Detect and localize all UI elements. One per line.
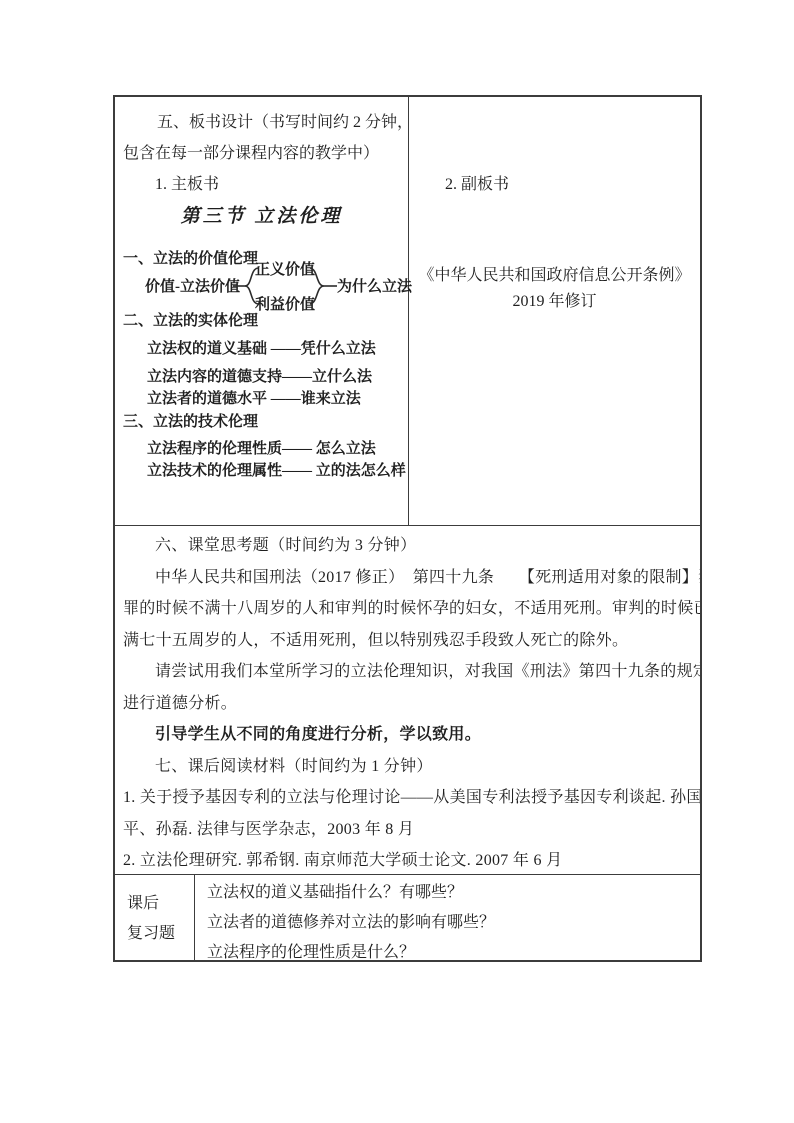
document-page: 五、板书设计（书写时间约 2 分钟， 包含在每一部分课程内容的教学中） 1. 主… xyxy=(0,0,794,1123)
board-section2-item: 立法内容的道德支持——立什么法 xyxy=(147,365,372,386)
main-board-label: 1. 主板书 xyxy=(155,171,219,194)
main-board-title: 第三节 立法伦理 xyxy=(115,201,408,228)
review-question: 立法者的道德修养对立法的影响有哪些？ xyxy=(207,908,700,938)
value-fork-diagram: 价值-立法价值 正义价值 利益价值 为什么立法 xyxy=(145,255,415,317)
regulation-reference-subtitle: 2019 年修订 xyxy=(409,288,700,311)
criminal-law-text: 罪的时候不满十八周岁的人和审判的时候怀孕的妇女，不适用死刑。审判的时候已 xyxy=(123,593,692,625)
board-design-row: 五、板书设计（书写时间约 2 分钟， 包含在每一部分课程内容的教学中） 1. 主… xyxy=(115,97,700,525)
fork-brace-lines-icon xyxy=(230,255,342,317)
board-design-heading-line1: 五、板书设计（书写时间约 2 分钟， xyxy=(157,109,413,132)
review-question: 立法程序的伦理性质是什么？ xyxy=(207,938,700,968)
secondary-board-label: 2. 副板书 xyxy=(445,171,509,194)
reading-item: 2. 立法伦理研究. 郭希钢. 南京师范大学硕士论文. 2007 年 6 月 xyxy=(123,845,692,874)
discussion-prompt: 进行道德分析。 xyxy=(123,688,692,720)
regulation-reference-title: 《中华人民共和国政府信息公开条例》 xyxy=(409,262,700,285)
teaching-guidance-note: 引导学生从不同的角度进行分析，学以致用。 xyxy=(123,719,692,751)
reading-item: 平、孙磊. 法律与医学杂志，2003 年 8 月 xyxy=(123,814,692,846)
criminal-law-text: 满七十五周岁的人，不适用死刑，但以特别残忍手段致人死亡的除外。 xyxy=(123,625,692,657)
review-row-label: 课后 复习题 xyxy=(115,875,195,960)
fork-left-label: 价值-立法价值 xyxy=(145,275,240,296)
reading-material-heading: 七、课后阅读材料（时间约为 1 分钟） xyxy=(123,751,692,783)
lesson-plan-table: 五、板书设计（书写时间约 2 分钟， 包含在每一部分课程内容的教学中） 1. 主… xyxy=(113,95,702,962)
board-design-heading-line2: 包含在每一部分课程内容的教学中） xyxy=(123,140,379,163)
board-section2-item: 立法者的道德水平 ——谁来立法 xyxy=(147,387,361,408)
board-section2-heading: 二、立法的实体伦理 xyxy=(123,309,258,330)
review-row: 课后 复习题 立法权的道义基础指什么？有哪些？ 立法者的道德修养对立法的影响有哪… xyxy=(115,874,700,960)
board-section3-item: 立法技术的伦理属性—— 立的法怎么样 xyxy=(147,459,406,480)
main-board-cell: 五、板书设计（书写时间约 2 分钟， 包含在每一部分课程内容的教学中） 1. 主… xyxy=(115,97,409,525)
discussion-prompt: 请尝试用我们本堂所学习的立法伦理知识，对我国《刑法》第四十九条的规定 xyxy=(123,656,692,688)
fork-right-label: 为什么立法 xyxy=(337,275,412,296)
criminal-law-citation: 中华人民共和国刑法（2017 修正） 第四十九条 【死刑适用对象的限制】犯 xyxy=(123,562,692,594)
board-section3-heading: 三、立法的技术伦理 xyxy=(123,410,258,431)
board-section3-item: 立法程序的伦理性质—— 怎么立法 xyxy=(147,437,376,458)
board-section2-item: 立法权的道义基础 ——凭什么立法 xyxy=(147,337,376,358)
review-questions-cell: 立法权的道义基础指什么？有哪些？ 立法者的道德修养对立法的影响有哪些？ 立法程序… xyxy=(195,875,700,960)
reading-item: 1. 关于授予基因专利的立法与伦理讨论——从美国专利法授予基因专利谈起. 孙国 xyxy=(123,782,692,814)
secondary-board-cell: 2. 副板书 《中华人民共和国政府信息公开条例》 2019 年修订 xyxy=(409,97,700,525)
review-question: 立法权的道义基础指什么？有哪些？ xyxy=(207,878,700,908)
review-label-line: 课后 xyxy=(127,889,194,919)
review-label-line: 复习题 xyxy=(127,919,194,949)
discussion-section: 六、课堂思考题（时间约为 3 分钟） 中华人民共和国刑法（2017 修正） 第四… xyxy=(115,525,700,874)
discussion-heading: 六、课堂思考题（时间约为 3 分钟） xyxy=(123,530,692,562)
